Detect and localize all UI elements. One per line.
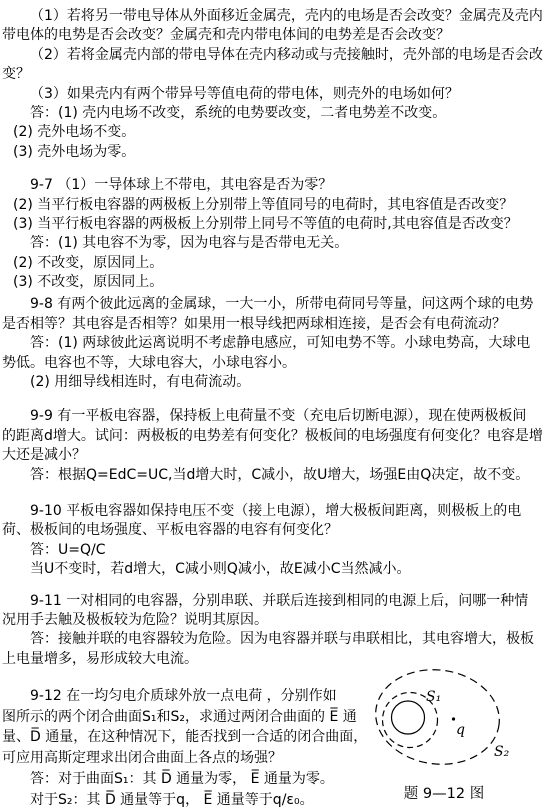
text-line: 9-7 （1）一导体球上不带电，其电容是否为零？ (0, 176, 554, 195)
document-page: （1）若将另一带电导体从外面移近金属壳，壳内的电场是否会改变？金属壳及壳内带电体… (0, 0, 554, 812)
text-line: （3）如果壳内有两个带异号等值电荷的带电体，则壳外的电场如何？ (0, 85, 554, 104)
label-q: q (456, 722, 465, 738)
figure-9-12: S₁ S₂ q 题 9—12 图 (368, 662, 554, 803)
section-q98: 9-8 有两个彼此远离的金属球，一大一小，所带电荷同号等量，问这两个球的电势是否… (0, 295, 554, 392)
section-q97: 9-7 （1）一导体球上不带电，其电容是否为零？(2) 当平行板电容器的两极板上… (0, 176, 554, 292)
section-q99: 9-9 有一平板电容器，保持板上电荷量不变（充电后切断电源），现在使两极板间的距… (0, 407, 554, 485)
text-line: 可应用高斯定理求出闭合曲面上各点的场强？ (0, 748, 364, 769)
text-line: (2) 不改变，原因同上。 (0, 254, 554, 273)
text-line: 9-8 有两个彼此远离的金属球，一大一小，所带电荷同号等量，问这两个球的电势 (0, 295, 554, 314)
text-line: 图所示的两个闭合曲面S₁和S₂，求通过两闭合曲面的 E̅ 通 (0, 707, 364, 728)
text-line: 是否相等？其电容是否相等？如果用一根导线把两球相连接，是否会有电荷流动？ (0, 315, 554, 334)
section-q911: 9-11 一对相同的电容器，分别串联、并联后连接到相同的电源上后，问哪一种情况用… (0, 592, 554, 670)
text-line: 答：对于曲面S₁：其 D̅ 通量为零， E̅ 通量为零。 (0, 769, 392, 790)
text-line: （2）若将金属壳内部的带电导体在壳内移动或与壳接触时，壳外部的电场是否会改 (0, 46, 554, 65)
text-line: (2) 当平行板电容器的两极板上分别带上等值同号的电荷时，其电容值是否改变？ (0, 196, 554, 215)
text-line: (2) 用细导线相连时，有电荷流动。 (0, 373, 554, 392)
text-line: 况用手去触及极板较为危险？说明其原因。 (0, 611, 554, 630)
surface-s2-ellipse (370, 663, 505, 771)
point-charge-dot (452, 717, 455, 720)
text-line: 答：接触并联的电容器较为危险。因为电容器并联与串联相比，其电容增大，极板 (0, 630, 554, 649)
text-line: 量、D̅ 通量，在这种情况下，能否找到一合适的闭合曲面， (0, 727, 364, 748)
text-line: (2) 壳外电场不变。 (0, 123, 554, 142)
text-line: 对于S₂：其 D̅ 通量等于q， E̅ 通量等于q/ε₀。 (0, 790, 392, 811)
dielectric-sphere (392, 701, 425, 734)
section-q96: （1）若将另一带电导体从外面移近金属壳，壳内的电场是否会改变？金属壳及壳内带电体… (0, 7, 554, 162)
text-line: 9-12 在一均匀电介质球外放一点电荷 ，分别作如 (0, 686, 392, 707)
label-s1: S₁ (426, 689, 441, 705)
text-line: 9-11 一对相同的电容器，分别串联、并联后连接到相同的电源上后，问哪一种情 (0, 592, 554, 611)
text-line: 荷、极板间的电场强度、平板电容器的电容有何变化？ (0, 521, 554, 540)
text-line: (3) 壳外电场为零。 (0, 143, 554, 162)
text-line: （1）若将另一带电导体从外面移近金属壳，壳内的电场是否会改变？金属壳及壳内 (0, 7, 554, 26)
text-line: 大还是减小？ (0, 446, 554, 465)
text-line: (3) 不改变，原因同上。 (0, 273, 554, 292)
section-q910: 9-10 平板电容器如保持电压不变（接上电源），增大极板间距离，则极板上的电荷、… (0, 502, 554, 580)
label-s2: S₂ (494, 744, 510, 760)
text-line: 势低。电容也不等，大球电容大，小球电容小。 (0, 354, 554, 373)
text-line: 答：(1) 其电容不为零，因为电容与是否带电无关。 (0, 234, 554, 253)
text-line: 答：U=Q/C (0, 541, 554, 560)
text-line: 答：(1) 两球彼此运离说明不考虑静电感应，可知电势不等。小球电势高，大球电 (0, 334, 554, 353)
text-line: 答：(1) 壳内电场不改变，系统的电势要改变，二者电势差不改变。 (0, 104, 554, 123)
text-line: 变？ (0, 65, 554, 84)
text-line: 带电体的电势是否会改变？金属壳和壳内带电体间的电势差是否会改变？ (0, 26, 554, 45)
text-line: 当U不变时，若d增大，C减小则Q减小，故E减小C当然减小。 (0, 560, 554, 579)
text-line: 9-10 平板电容器如保持电压不变（接上电源），增大极板间距离，则极板上的电 (0, 502, 554, 521)
text-line: 9-9 有一平板电容器，保持板上电荷量不变（充电后切断电源），现在使两极板间 (0, 407, 554, 426)
figure-caption: 题 9—12 图 (368, 786, 520, 803)
text-line: (3) 当平行板电容器的两极板上分别带上同号不等值的电荷时,其电容值是否改变？ (0, 215, 554, 234)
gauss-surfaces-diagram: S₁ S₂ q (368, 662, 554, 788)
text-line: 的距离d增大。试问：两极板的电势差有何变化？极板间的电场强度有何变化？电容是增 (0, 427, 554, 446)
text-line: 答：根据Q=EdC=UC,当d增大时，C减小，故U增大，场强E由Q决定，故不变。 (0, 466, 554, 485)
